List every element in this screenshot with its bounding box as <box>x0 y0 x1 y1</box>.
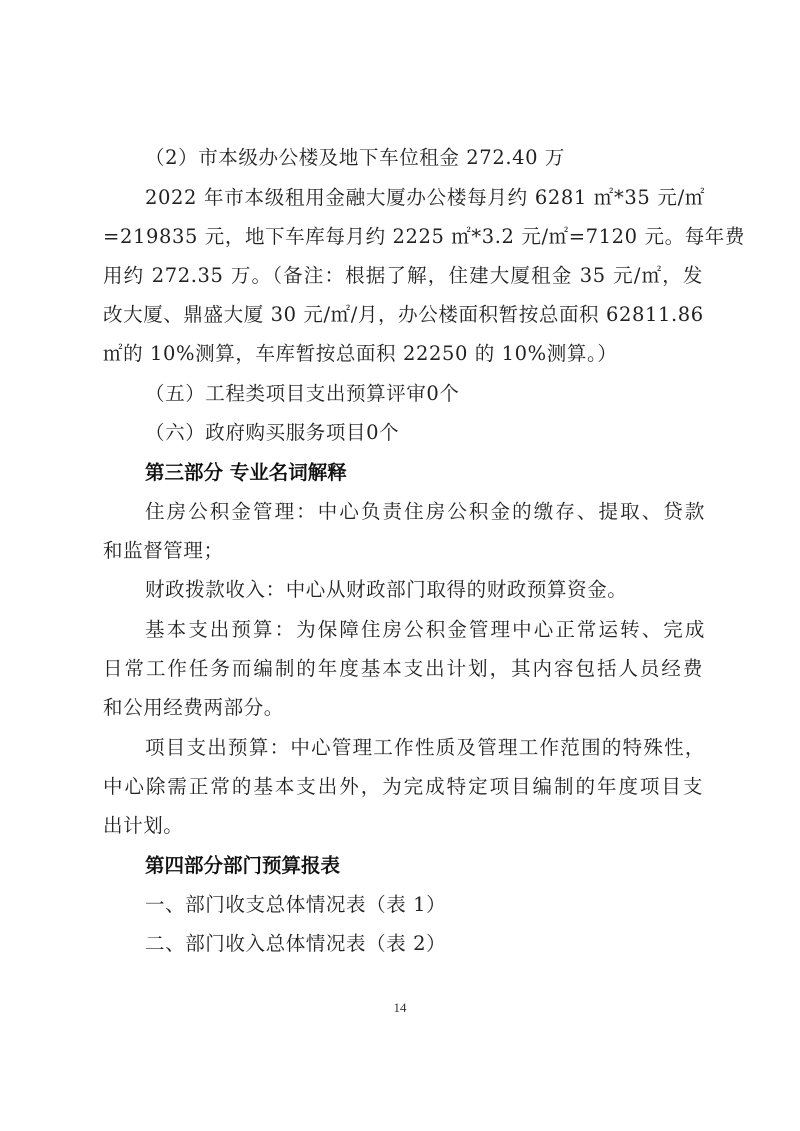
text-line: 住房公积金管理：中心负责住房公积金的缴存、提取、贷款 <box>145 500 705 524</box>
text-line: 项目支出预算：中心管理工作性质及管理工作范围的特殊性， <box>145 736 705 760</box>
text-line: 和公用经费两部分。 <box>103 696 703 720</box>
text-line: （五）工程类项目支出预算评审0个 <box>145 382 705 406</box>
text-line: 一、部门收支总体情况表（表 1） <box>145 893 705 917</box>
text-line: 用约 272.35 万。（备注：根据了解，住建大厦租金 35 元/㎡，发 <box>103 264 703 288</box>
text-line: 和监督管理； <box>103 539 703 563</box>
text-line: 出计划。 <box>103 814 703 838</box>
document-page: （2）市本级办公楼及地下车位租金 272.40 万2022 年市本级租用金融大厦… <box>0 0 800 1131</box>
text-line: （2）市本级办公楼及地下车位租金 272.40 万 <box>145 146 705 170</box>
text-line: 二、部门收入总体情况表（表 2） <box>145 932 705 956</box>
text-line: 中心除需正常的基本支出外，为完成特定项目编制的年度项目支 <box>103 775 703 799</box>
text-line: =219835 元，地下车库每月约 2225 ㎡*3.2 元/㎡=7120 元。… <box>103 225 703 249</box>
text-line: 日常工作任务而编制的年度基本支出计划，其内容包括人员经费 <box>103 657 703 681</box>
section-heading: 第四部分部门预算报表 <box>145 854 705 878</box>
text-line: 改大厦、鼎盛大厦 30 元/㎡/月，办公楼面积暂按总面积 62811.86 <box>103 303 703 327</box>
text-line: 2022 年市本级租用金融大厦办公楼每月约 6281 ㎡*35 元/㎡ <box>145 186 705 210</box>
page-number: 14 <box>0 1000 800 1016</box>
text-line: 财政拨款收入：中心从财政部门取得的财政预算资金。 <box>145 578 705 602</box>
section-heading: 第三部分 专业名词解释 <box>145 461 705 485</box>
text-line: （六）政府购买服务项目0个 <box>145 421 705 445</box>
text-line: 基本支出预算：为保障住房公积金管理中心正常运转、完成 <box>145 618 705 642</box>
text-line: ㎡的 10%测算，车库暂按总面积 22250 的 10%测算。） <box>103 342 703 366</box>
